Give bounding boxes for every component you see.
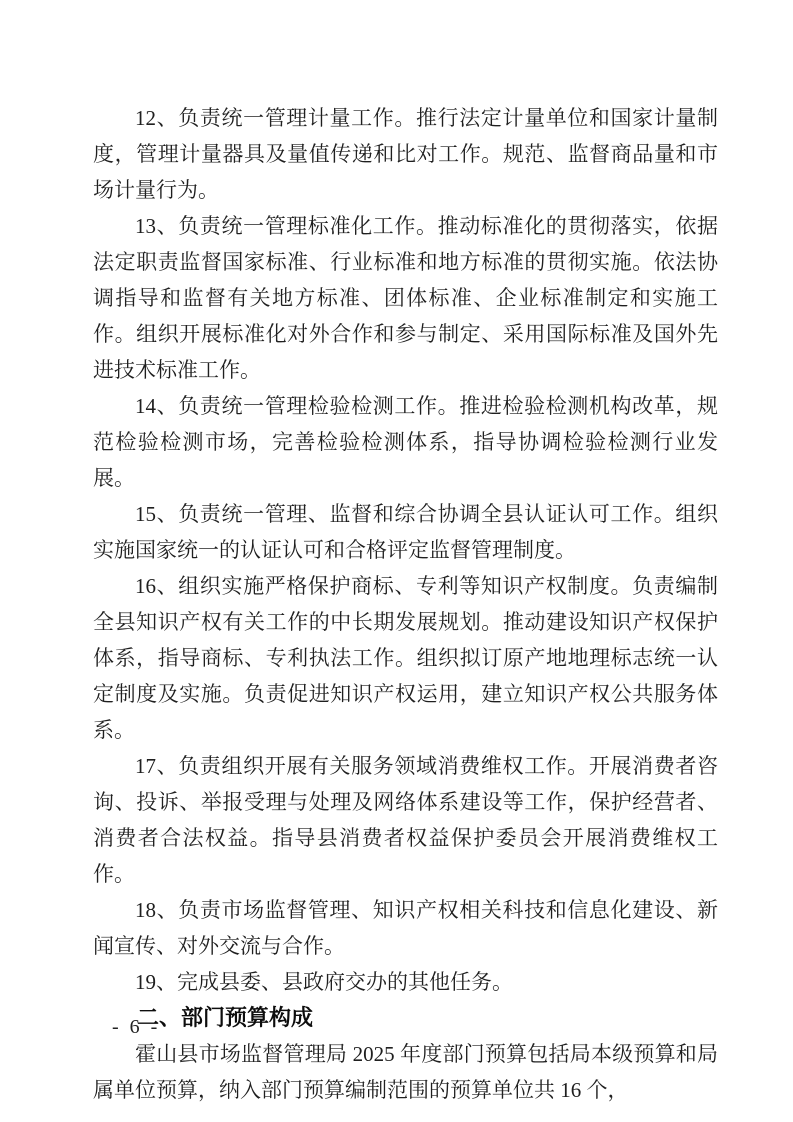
paragraph-duty-14: 14、负责统一管理检验检测工作。推进检验检测机构改革，规范检验检测市场，完善检验… — [93, 388, 718, 496]
paragraph-duty-16: 16、组织实施严格保护商标、专利等知识产权制度。负责编制全县知识产权有关工作的中… — [93, 568, 718, 748]
page-number: - 6 - — [112, 1016, 160, 1039]
paragraph-duty-19: 19、完成县委、县政府交办的其他任务。 — [93, 964, 718, 1000]
paragraph-duty-12: 12、负责统一管理计量工作。推行法定计量单位和国家计量制度，管理计量器具及量值传… — [93, 100, 718, 208]
paragraph-duty-13: 13、负责统一管理标准化工作。推动标准化的贯彻落实，依据法定职责监督国家标准、行… — [93, 208, 718, 388]
paragraph-duty-18: 18、负责市场监督管理、知识产权相关科技和信息化建设、新闻宣传、对外交流与合作。 — [93, 892, 718, 964]
document-page: 12、负责统一管理计量工作。推行法定计量单位和国家计量制度，管理计量器具及量值传… — [0, 0, 793, 1122]
paragraph-duty-17: 17、负责组织开展有关服务领域消费维权工作。开展消费者咨询、投诉、举报受理与处理… — [93, 748, 718, 892]
document-body: 12、负责统一管理计量工作。推行法定计量单位和国家计量制度，管理计量器具及量值传… — [93, 100, 718, 1108]
section-heading-budget-composition: 二、部门预算构成 — [93, 1000, 718, 1036]
paragraph-budget-intro: 霍山县市场监督管理局 2025 年度部门预算包括局本级预算和局属单位预算，纳入部… — [93, 1036, 718, 1108]
paragraph-duty-15: 15、负责统一管理、监督和综合协调全县认证认可工作。组织实施国家统一的认证认可和… — [93, 496, 718, 568]
